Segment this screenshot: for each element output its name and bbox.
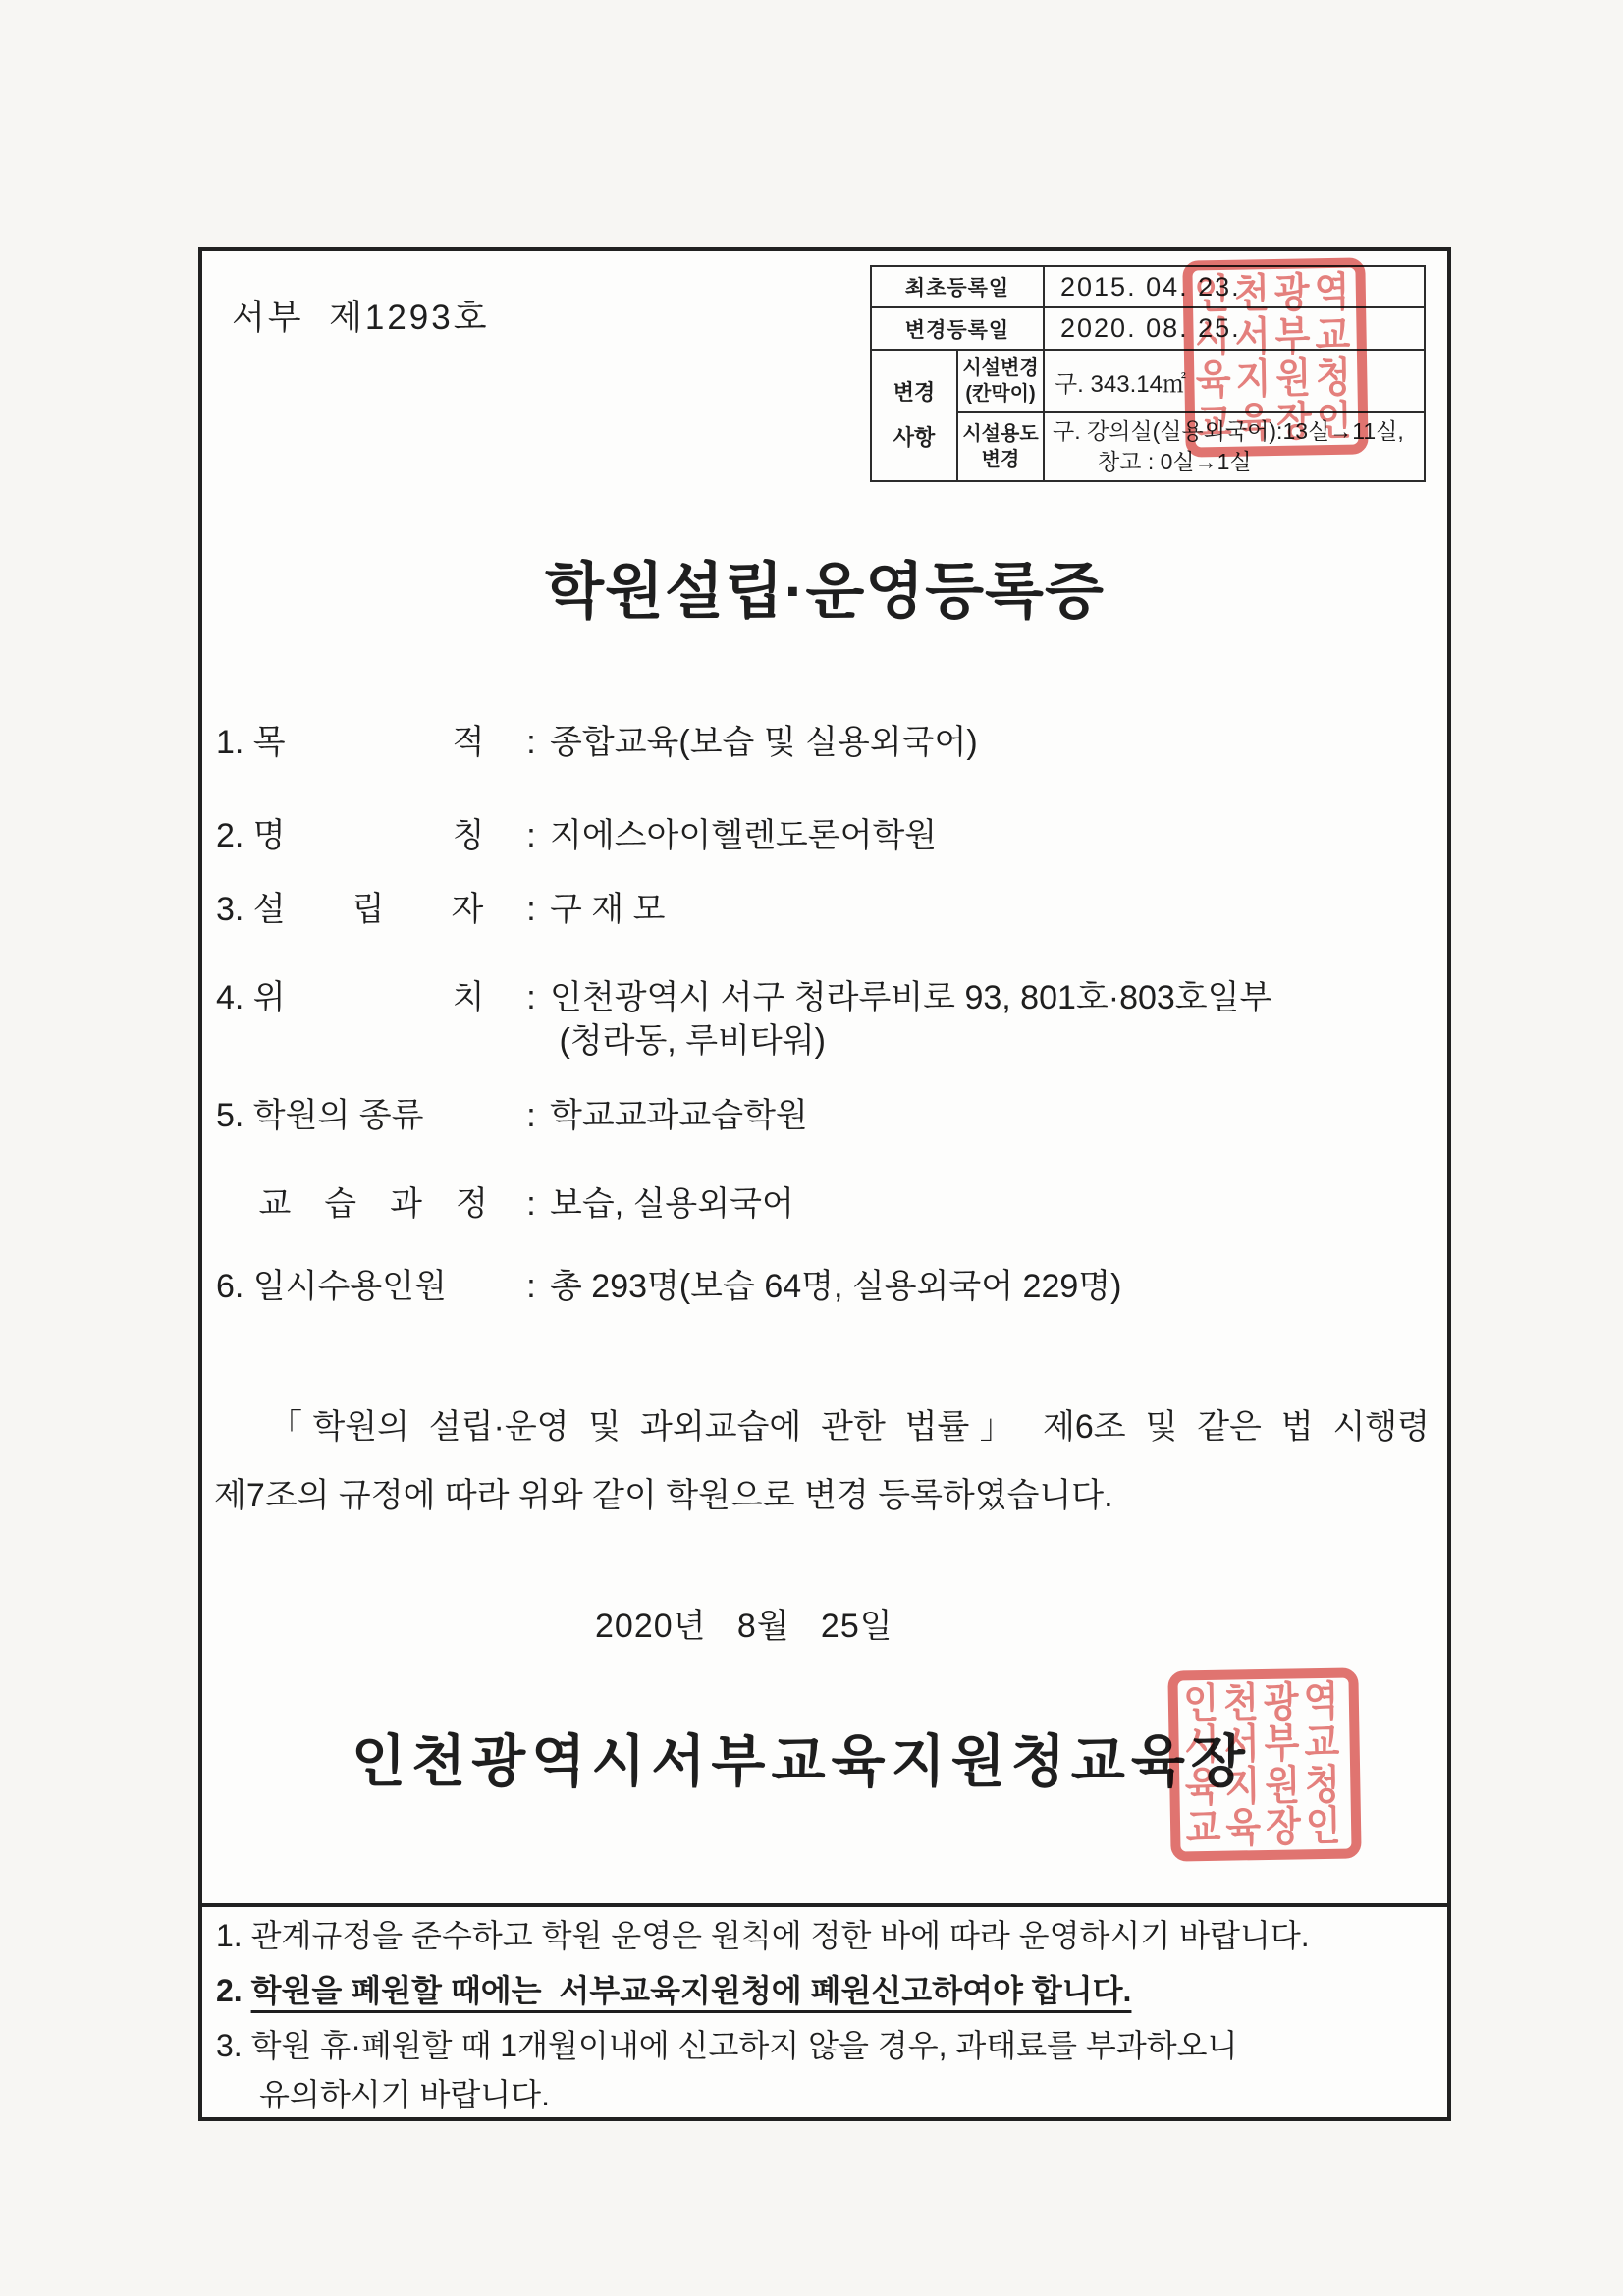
field-value: 지에스아이헬렌도론어학원	[550, 814, 937, 857]
field-label: 2. 명 칭	[216, 814, 513, 857]
legal-statement: 「학원의 설립·운영 및 과외교습에 관한 법률」 제6조 및 같은 법 시행령…	[214, 1393, 1430, 1530]
facility-change-label: 시설변경 (칸막이)	[957, 350, 1044, 412]
seal-glyph-row: 교육장인	[1185, 1805, 1346, 1848]
field-curriculum: 교 습 과 정 : 보습, 실용외국어	[216, 1182, 1430, 1226]
note-1: 1. 관계규정을 준수하고 학원 운영은 원칙에 정한 바에 따라 운영하시기 …	[216, 1913, 1432, 1958]
field-value: 인천광역시 서구 청라루비로 93, 801호·803호일부 (청라동, 루비타…	[550, 976, 1271, 1063]
field-colon: :	[513, 976, 550, 1019]
registration-number: 서부 제1293호	[232, 291, 490, 340]
field-value: 총 293명(보습 64명, 실용외국어 229명)	[550, 1265, 1121, 1308]
field-academy-type: 5. 학원의 종류 : 학교교과교습학원	[216, 1094, 1430, 1137]
field-colon: :	[513, 814, 550, 857]
field-colon: :	[513, 1265, 550, 1308]
issuing-authority: 인천광역시서부교육지원청교육장	[202, 1717, 1447, 1797]
field-founder: 3. 설 립 자 : 구 재 모	[216, 888, 1430, 931]
field-value: 보습, 실용외국어	[550, 1182, 794, 1226]
field-purpose: 1. 목 적 : 종합교육(보습 및 실용외국어)	[216, 721, 1430, 764]
field-colon: :	[513, 721, 550, 764]
certificate-title: 학원설립·운영등록증	[202, 542, 1447, 629]
change-registration-date-value: 2020. 08. 25.	[1044, 307, 1425, 350]
scanned-certificate-page: { "colors": { "ink": "#1e1e1e", "stamp_r…	[0, 0, 1623, 2296]
field-colon: :	[513, 1094, 550, 1137]
field-colon: :	[513, 888, 550, 931]
first-registration-date-label: 최초등록일	[871, 266, 1044, 307]
facility-change-value: 구. 343.14㎡	[1044, 350, 1425, 412]
registration-info-table: 최초등록일 2015. 04. 23. 변경등록일 2020. 08. 25. …	[870, 265, 1426, 482]
note-2: 2. 학원을 폐원할 때에는 서부교육지원청에 폐원신고하여야 합니다.	[216, 1968, 1432, 2013]
first-registration-date-value: 2015. 04. 23.	[1044, 266, 1425, 307]
legal-statement-line2: 제7조의 규정에 따라 위와 같이 학원으로 변경 등록하였습니다.	[214, 1461, 1430, 1530]
field-label: 1. 목 적	[216, 721, 513, 764]
usage-change-label: 시설용도 변경	[957, 412, 1044, 481]
change-registration-date-label: 변경등록일	[871, 307, 1044, 350]
field-value: 종합교육(보습 및 실용외국어)	[550, 721, 978, 764]
issue-date: 2020년 8월 25일	[595, 1599, 893, 1647]
note-3-continued: 유의하시기 바랍니다.	[216, 2072, 1432, 2117]
field-label: 6. 일시수용인원	[216, 1265, 513, 1308]
note-3: 3. 학원 휴·폐원할 때 1개월이내에 신고하지 않을 경우, 과태료를 부과…	[216, 2023, 1432, 2068]
field-capacity: 6. 일시수용인원 : 총 293명(보습 64명, 실용외국어 229명)	[216, 1265, 1430, 1308]
certificate-fields: 1. 목 적 : 종합교육(보습 및 실용외국어) 2. 명 칭 : 지에스아이…	[216, 721, 1430, 1308]
field-label: 3. 설 립 자	[216, 888, 513, 931]
field-location: 4. 위 치 : 인천광역시 서구 청라루비로 93, 801호·803호일부 …	[216, 976, 1430, 1063]
field-label: 교 습 과 정	[216, 1182, 513, 1226]
field-value: 구 재 모	[550, 888, 665, 931]
usage-change-value: 구. 강의실(실용외국어):13실→11실, 창고 : 0실→1실	[1044, 412, 1425, 481]
note-2-number: 2.	[216, 1973, 251, 2008]
field-colon: :	[513, 1182, 550, 1226]
notes-section: 1. 관계규정을 준수하고 학원 운영은 원칙에 정한 바에 따라 운영하시기 …	[202, 1903, 1447, 2117]
field-label: 4. 위 치	[216, 976, 513, 1019]
note-2-text: 학원을 폐원할 때에는 서부교육지원청에 폐원신고하여야 합니다.	[251, 1973, 1132, 2008]
field-name: 2. 명 칭 : 지에스아이헬렌도론어학원	[216, 814, 1430, 857]
change-section-label: 변경 사항	[871, 350, 957, 481]
field-value: 학교교과교습학원	[550, 1094, 808, 1137]
certificate-document: 서부 제1293호 최초등록일 2015. 04. 23. 변경등록일 2020…	[198, 247, 1451, 2121]
field-label: 5. 학원의 종류	[216, 1094, 513, 1137]
legal-statement-line1: 「학원의 설립·운영 및 과외교습에 관한 법률」 제6조 및 같은 법 시행령	[214, 1393, 1430, 1461]
